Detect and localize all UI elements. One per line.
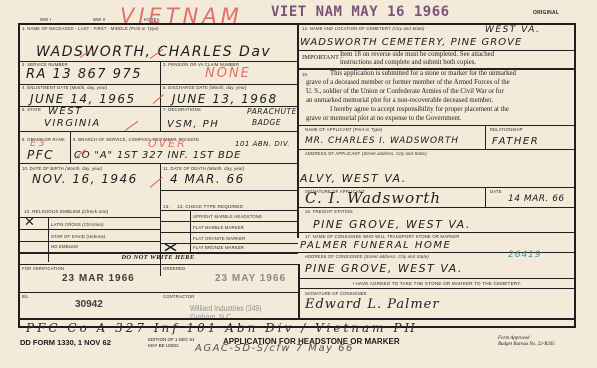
option-label: NO EMBLEM — [51, 244, 78, 249]
date-label: DATE — [490, 189, 502, 194]
death-value: 4 MAR. 66 — [170, 172, 245, 186]
divider — [160, 190, 298, 191]
enlistment-label: 4. ENLISTMENT DATE (Month, day, year) — [22, 85, 107, 90]
statement-line-2: grave of a deceased member or former mem… — [306, 78, 510, 87]
date-value: 14 MAR. 66 — [508, 194, 565, 204]
applicant-name-label: NAME OF APPLICANT (Print or Type) — [305, 127, 382, 132]
decorations-extra-1: PARACHUTE — [247, 107, 297, 116]
divider — [298, 264, 300, 319]
birth-value: NOV. 16, 1946 — [32, 172, 138, 186]
divider — [298, 207, 576, 208]
edition-line-2: MAY BE USED. — [148, 343, 180, 348]
approval-line-2: Budget Bureau No. 22-R205 — [498, 342, 555, 347]
bl-label: B/L — [22, 294, 29, 299]
agreement-text: I HAVE AGREED TO TAKE THE STONE OR MARKE… — [298, 281, 576, 286]
decorations-label: 7. DECORATIONS — [163, 107, 201, 112]
branch-extra-value: 101 ABN. DIV. — [235, 140, 290, 148]
divider — [18, 163, 298, 164]
divider — [298, 149, 576, 150]
ordered-stamp: 23 MAY 1966 — [215, 273, 286, 284]
contractor-stamp: Williard Industries (349) — [190, 304, 261, 313]
bottom-handwritten-note: PFC Co A 327 Inf 101 Abn Div / Vietnam P… — [26, 321, 418, 335]
divider — [70, 131, 71, 163]
edition-line-1: EDITION OF 1 DEC 61 — [148, 337, 195, 342]
divider — [298, 125, 576, 126]
statement-number: 15. — [302, 72, 308, 77]
branch-value: CO "A" 1ST 327 INF. 1ST BDE — [74, 150, 241, 161]
state-label: 6. STATE — [22, 107, 41, 112]
consignee-signature-value: Edward L. Palmer — [305, 297, 440, 312]
divider — [485, 187, 486, 207]
relationship-value: FATHER — [492, 136, 539, 147]
type-option-flat-marble[interactable]: FLAT MARBLE MARKER — [191, 222, 298, 232]
option-label: FLAT GRANITE MARKER — [193, 236, 246, 241]
birth-label: 10. DATE OF BIRTH (Month, day, year) — [22, 166, 103, 171]
check-type-label: 13. 13. CHECK TYPE REQUIRED — [163, 204, 243, 209]
statement-line-5: I hereby agree to accept responsibility … — [330, 105, 509, 114]
ww1-label: WW I — [40, 17, 51, 22]
form-id: DD FORM 1330, 1 NOV 62 — [20, 338, 111, 347]
approval-line-1: Form Approved — [498, 336, 530, 341]
type-option-upright-marble[interactable]: UPRIGHT MARBLE HEADSTONE — [191, 211, 298, 221]
death-label: 11. DATE OF DEATH (Month, day, year) — [163, 166, 245, 171]
statement-line-6: grave or memorial plot at no expense to … — [306, 114, 462, 123]
applicant-signature-value: C. I. Wadsworth — [305, 189, 441, 207]
checkmark-x-icon: ✕ — [24, 215, 35, 230]
consignee-signature-label: SIGNATURE OF CONSIGNEE — [305, 291, 367, 296]
ww2-label: WW II — [93, 17, 105, 22]
applicant-name-value: MR. CHARLES I. WADSWORTH — [305, 136, 459, 146]
decorations-value: VSM, PH — [167, 119, 219, 130]
verification-label: FOR VERIFICATION — [22, 266, 64, 271]
pension-value: NONE — [205, 66, 251, 81]
divider — [298, 288, 576, 289]
divider — [298, 232, 576, 233]
state-value-line1: WEST — [48, 106, 83, 117]
original-label: ORIGINAL — [533, 10, 559, 16]
type-option-flat-granite[interactable]: FLAT GRANITE MARKER — [191, 233, 298, 243]
important-prefix: IMPORTANT - — [302, 54, 343, 61]
emblem-option-star-of-david[interactable]: STAR OF DAVID (Hebrew) — [18, 230, 160, 241]
emblem-option-latin-cross[interactable]: ✕ LATIN CROSS (Christian) — [18, 218, 160, 229]
divider — [18, 292, 298, 293]
zip-note: 26419 — [508, 250, 542, 260]
footer-handwritten: AGAC-SD-S/cfw 7 May 66 — [195, 343, 354, 354]
option-label: LATIN CROSS (Christian) — [51, 222, 104, 227]
statement-line-1: This application is submitted for a ston… — [330, 69, 516, 78]
name-label: 1. NAME OF DECEASED - LAST - FIRST - MID… — [22, 26, 159, 31]
state-value-line2: VIRGINIA — [44, 118, 101, 129]
cemetery-label: 14. NAME AND LOCATION OF CEMETERY (City … — [302, 26, 425, 31]
divider — [18, 131, 298, 132]
applicant-address-value: ALVY, WEST VA. — [300, 172, 407, 185]
statement-line-4: an unmarked memorial plot for a non-reco… — [306, 96, 493, 105]
enlistment-value: JUNE 14, 1965 — [30, 92, 136, 106]
option-label: STAR OF DAVID (Hebrew) — [51, 234, 105, 239]
option-label: FLAT BRONZE MARKER — [193, 245, 244, 250]
divider — [485, 125, 486, 149]
branch-red-note: OVER — [148, 137, 187, 150]
cemetery-value: WADSWORTH CEMETERY, PINE GROVE — [300, 37, 522, 48]
divider — [18, 264, 298, 265]
service-number-value: RA 13 867 975 — [26, 67, 142, 82]
cemetery-state-value: WEST VA. — [485, 25, 540, 35]
freight-station-label: 16. FREIGHT STATION — [305, 209, 353, 214]
consignee-address-value: PINE GROVE, WEST VA. — [305, 262, 463, 275]
consignee-label: 17. NAME OF CONSIGNEE WHO WILL TRANSPORT… — [305, 234, 460, 239]
statement-line-3: U. S., soldier of the Union or Confedera… — [306, 87, 504, 96]
do-not-write-here-heading: DO NOT WRITE HERE — [18, 254, 298, 261]
relationship-label: RELATIONSHIP — [490, 127, 523, 132]
divider — [18, 318, 576, 320]
decorations-extra-2: BADGE — [252, 118, 281, 127]
grade-value: PFC — [27, 148, 54, 162]
option-label: UPRIGHT MARBLE HEADSTONE — [193, 214, 262, 219]
vietnam-stamp: VIET NAM MAY 16 1966 — [271, 4, 450, 20]
bl-value: 30942 — [75, 299, 103, 310]
applicant-address-label: ADDRESS OF APPLICANT (Street address, Ci… — [305, 151, 427, 156]
deceased-name-value: WADSWORTH, CHARLES Dav — [36, 44, 271, 60]
consignee-address-label: ADDRESS OF CONSIGNEE (Street address, Ci… — [305, 254, 429, 259]
verification-stamp: 23 MAR 1966 — [62, 273, 135, 284]
divider — [298, 278, 576, 279]
ordered-label: ORDERED — [163, 266, 185, 271]
discharge-value: JUNE 13, 1968 — [172, 92, 278, 106]
freight-station-value: PINE GROVE, WEST VA. — [313, 218, 471, 231]
contractor-label: CONTRACTOR — [163, 294, 194, 299]
option-label: FLAT MARBLE MARKER — [193, 225, 244, 230]
religious-emblem-label: 12. RELIGIOUS EMBLEM (Check one) — [24, 209, 108, 214]
discharge-label: 5. DISCHARGE DATE (Month, day, year) — [163, 85, 247, 90]
important-line-2: instructions and complete and submit bot… — [340, 58, 476, 67]
consignee-value: PALMER FUNERAL HOME — [300, 240, 451, 251]
divider — [298, 187, 576, 188]
